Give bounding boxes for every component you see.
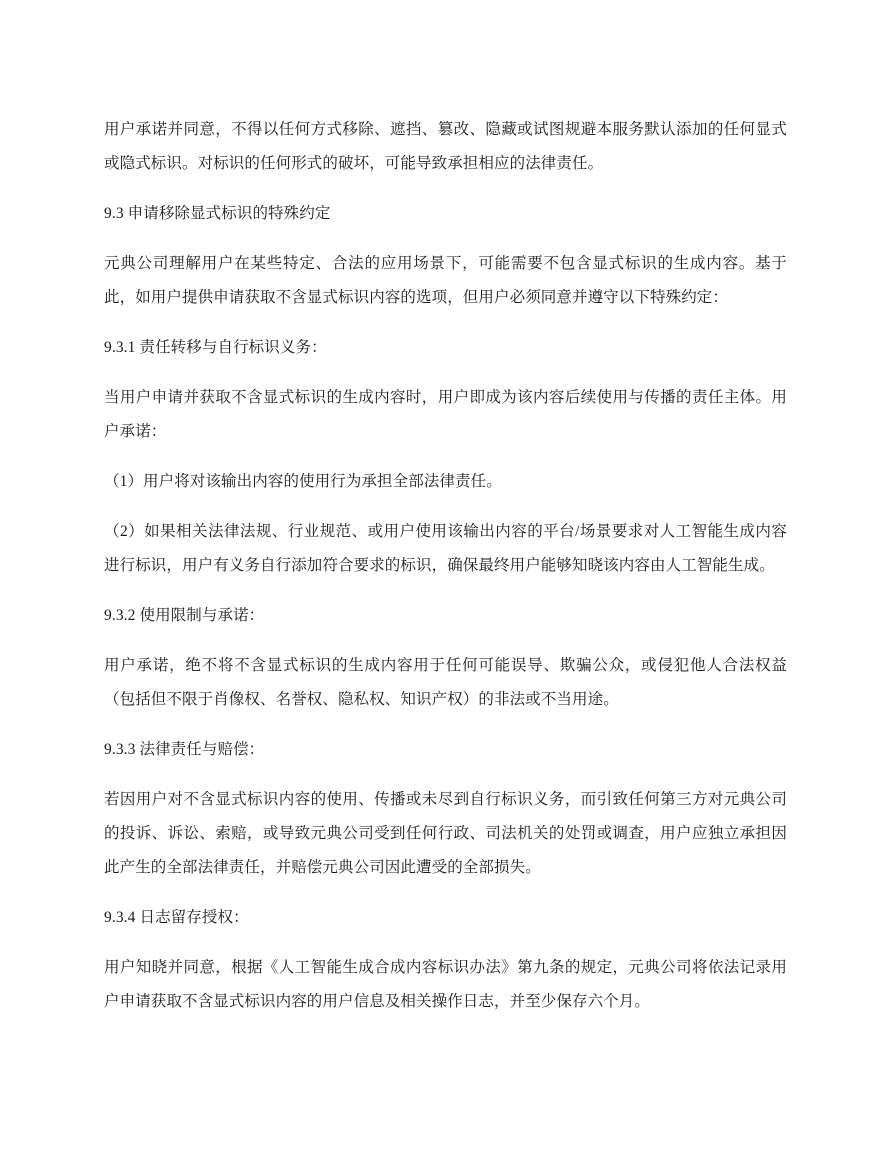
section-heading-9-3-1: 9.3.1 责任转移与自行标识义务： [104, 331, 787, 365]
section-heading-9-3: 9.3 申请移除显式标识的特殊约定 [104, 197, 787, 231]
paragraph-special-terms-intro: 元典公司理解用户在某些特定、合法的应用场景下，可能需要不包含显式标识的生成内容。… [104, 247, 787, 315]
paragraph-item-1: （1）用户将对该输出内容的使用行为承担全部法律责任。 [104, 465, 787, 499]
paragraph-liability: 若因用户对不含显式标识内容的使用、传播或未尽到自行标识义务，而引致任何第三方对元… [104, 783, 787, 885]
section-heading-9-3-4: 9.3.4 日志留存授权： [104, 901, 787, 935]
document-page: 用户承诺并同意，不得以任何方式移除、遮挡、篡改、隐藏或试图规避本服务默认添加的任… [0, 0, 892, 1155]
paragraph-watermark-integrity: 用户承诺并同意，不得以任何方式移除、遮挡、篡改、隐藏或试图规避本服务默认添加的任… [104, 113, 787, 181]
paragraph-log-retention: 用户知晓并同意，根据《人工智能生成合成内容标识办法》第九条的规定，元典公司将依法… [104, 951, 787, 1019]
paragraph-item-2: （2）如果相关法律法规、行业规范、或用户使用该输出内容的平台/场景要求对人工智能… [104, 515, 787, 583]
paragraph-usage-limits: 用户承诺，绝不将不含显式标识的生成内容用于任何可能误导、欺骗公众，或侵犯他人合法… [104, 649, 787, 717]
section-heading-9-3-2: 9.3.2 使用限制与承诺： [104, 599, 787, 633]
paragraph-responsibility: 当用户申请并获取不含显式标识的生成内容时，用户即成为该内容后续使用与传播的责任主… [104, 381, 787, 449]
section-heading-9-3-3: 9.3.3 法律责任与赔偿： [104, 733, 787, 767]
